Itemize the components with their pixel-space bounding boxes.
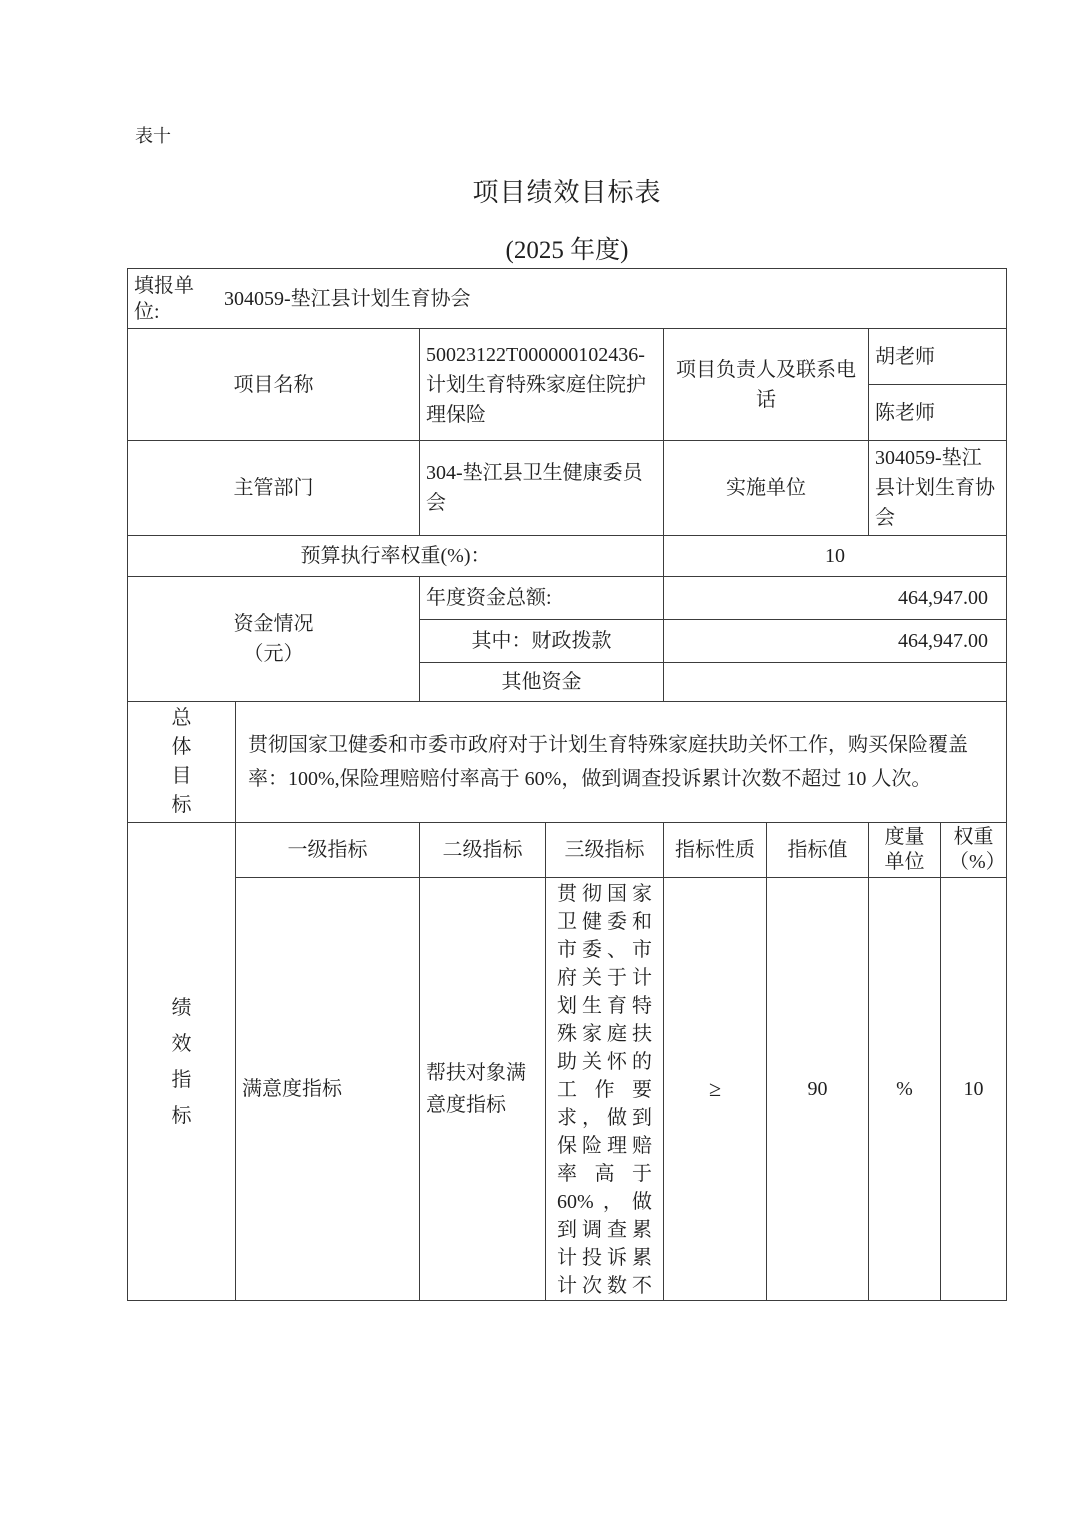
- row-indicator-headers: 绩效指标 一级指标 二级指标 三级指标 指标性质 指标值 度量 单位 权重 （%…: [128, 823, 1007, 878]
- indicator-row: 满意度指标 帮扶对象满意度指标 贯彻国家卫健委和市委、市府关于计划生育特殊家庭扶…: [128, 878, 1007, 1301]
- project-leader-label: 项目负责人及联系电话: [664, 329, 869, 441]
- reporting-unit-cell: 填报单位: 304059-垫江县计划生育协会: [128, 269, 1007, 329]
- funding-other-label: 其他资金: [420, 663, 664, 702]
- funding-other-value: [664, 663, 1007, 702]
- indicator-level2: 帮扶对象满意度指标: [420, 878, 546, 1301]
- indicator-level3-cell: 贯彻国家卫健委和市委、市府关于计划生育特殊家庭扶助关怀的工作要求，做到保险理赔率…: [546, 878, 664, 1301]
- budget-weight-label: 预算执行率权重(%)：: [128, 536, 664, 577]
- funding-label-line2: （元）: [136, 639, 411, 669]
- performance-target-table: 填报单位: 304059-垫江县计划生育协会 项目名称 50023122T000…: [127, 268, 1007, 1301]
- indicator-unit: %: [869, 878, 941, 1301]
- reporting-unit-label: 填报单位:: [134, 273, 202, 325]
- indicator-weight: 10: [941, 878, 1007, 1301]
- indicator-section-label-cell: 绩效指标: [128, 823, 236, 1301]
- row-overall-goal: 总体目标 贯彻国家卫健委和市委市政府对于计划生育特殊家庭扶助关怀工作，购买保险覆…: [128, 702, 1007, 823]
- header-nature: 指标性质: [664, 823, 767, 878]
- indicator-value: 90: [767, 878, 869, 1301]
- indicator-section-label: 绩效指标: [171, 990, 193, 1134]
- indicator-level1: 满意度指标: [236, 878, 420, 1301]
- row-project-name: 项目名称 50023122T000000102436-计划生育特殊家庭住院护理保…: [128, 329, 1007, 385]
- overall-goal-label-cell: 总体目标: [128, 702, 236, 823]
- project-name-label: 项目名称: [128, 329, 420, 441]
- project-name-value: 50023122T000000102436-计划生育特殊家庭住院护理保险: [420, 329, 664, 441]
- indicator-nature: ≥: [664, 878, 767, 1301]
- funding-label-line1: 资金情况: [136, 609, 411, 639]
- overall-goal-text: 贯彻国家卫健委和市委市政府对于计划生育特殊家庭扶助关怀工作，购买保险覆盖率：10…: [236, 702, 1007, 823]
- funding-fiscal-value: 464,947.00: [664, 620, 1007, 663]
- reporting-unit-value: 304059-垫江县计划生育协会: [224, 284, 471, 314]
- page-subtitle: (2025 年度): [127, 230, 1007, 266]
- row-competent-dept: 主管部门 304-垫江县卫生健康委员会 实施单位 304059-垫江县计划生育协…: [128, 441, 1007, 536]
- row-budget-weight: 预算执行率权重(%)： 10: [128, 536, 1007, 577]
- page-title: 项目绩效目标表: [127, 172, 1007, 209]
- table-number-tag: 表十: [135, 122, 171, 148]
- project-leader-contact-2: 陈老师: [869, 385, 1007, 441]
- row-funding-total: 资金情况 （元） 年度资金总额: 464,947.00: [128, 577, 1007, 620]
- header-level3: 三级指标: [546, 823, 664, 878]
- funding-label: 资金情况 （元）: [128, 577, 420, 702]
- budget-weight-value: 10: [664, 536, 1007, 577]
- competent-dept-value: 304-垫江县卫生健康委员会: [420, 441, 664, 536]
- document-page: 表十 项目绩效目标表 (2025 年度) 填报单位: 304059-垫江县计划生…: [0, 0, 1074, 1520]
- funding-total-value: 464,947.00: [664, 577, 1007, 620]
- row-reporting-unit: 填报单位: 304059-垫江县计划生育协会: [128, 269, 1007, 329]
- header-value: 指标值: [767, 823, 869, 878]
- implementing-unit-value: 304059-垫江县计划生育协会: [869, 441, 1007, 536]
- project-leader-contact-1: 胡老师: [869, 329, 1007, 385]
- overall-goal-label: 总体目标: [171, 704, 193, 820]
- funding-fiscal-label: 其中：财政拨款: [420, 620, 664, 663]
- header-weight: 权重 （%）: [941, 823, 1007, 878]
- indicator-level3: 贯彻国家卫健委和市委、市府关于计划生育特殊家庭扶助关怀的工作要求，做到保险理赔率…: [557, 880, 652, 1296]
- header-unit: 度量 单位: [869, 823, 941, 878]
- header-level1: 一级指标: [236, 823, 420, 878]
- competent-dept-label: 主管部门: [128, 441, 420, 536]
- header-level2: 二级指标: [420, 823, 546, 878]
- funding-total-label: 年度资金总额:: [420, 577, 664, 620]
- implementing-unit-label: 实施单位: [664, 441, 869, 536]
